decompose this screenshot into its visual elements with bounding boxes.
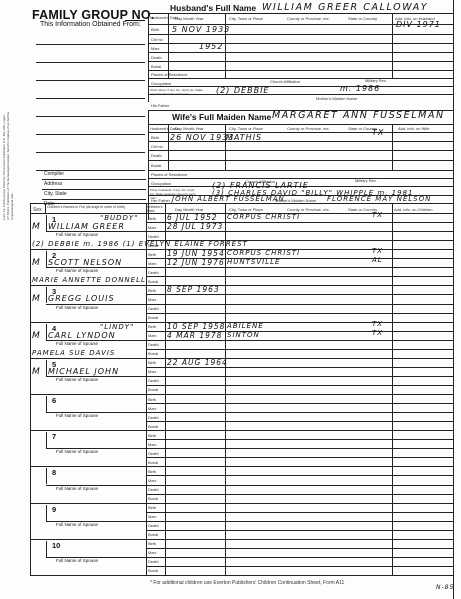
event-label-chrnd: Chr'nd — [151, 37, 163, 42]
child-marr-city[interactable]: HUNTSVILLE — [227, 258, 280, 266]
row-line — [146, 457, 453, 458]
child-birth-state[interactable]: TX — [372, 211, 383, 219]
row-line — [148, 78, 453, 79]
child-number: 8 — [52, 468, 56, 477]
row-line — [148, 178, 453, 179]
child-name[interactable]: WILLIAM GREER — [48, 222, 125, 231]
row-line — [148, 61, 453, 62]
event-label-birth: Birth — [148, 252, 156, 257]
child-birth-date[interactable]: 10 SEP 1958 — [167, 322, 225, 331]
event-label-marr: Marr. — [148, 261, 157, 266]
spouse-label: Full Name of Spouse — [56, 413, 98, 418]
row-line — [146, 475, 453, 476]
child-nickname[interactable]: "BUDDY" — [100, 214, 138, 222]
grid-line — [225, 13, 226, 78]
city-state-label: City, State — [44, 191, 67, 197]
row-line — [148, 34, 453, 35]
husband-other-wives-marr[interactable]: m. 1986 — [340, 84, 380, 93]
child-sex[interactable]: M — [32, 294, 41, 304]
publisher-note: Form A1, Family Group Sheet by The Evert… — [2, 110, 32, 220]
child-row-divider — [30, 466, 453, 467]
row-line — [146, 566, 453, 567]
event-label-death: Death — [148, 378, 159, 383]
spouse-label: Full Name of Spouse — [56, 232, 98, 237]
row-line — [146, 448, 453, 449]
event-label-birth: Birth — [151, 135, 159, 140]
column-city: City, Town or Place — [229, 126, 263, 131]
child-birth-city[interactable]: CORPUS CHRISTI — [227, 249, 300, 257]
spouse-label: Full Name of Spouse — [56, 377, 98, 382]
child-spouse[interactable]: (2) DEBBIE m. 1986 (1) EVELYN ELAINE FOR… — [32, 240, 248, 248]
event-label-burial: Burial — [148, 460, 158, 465]
child-sex[interactable]: M — [32, 367, 41, 377]
row-line — [148, 52, 453, 53]
event-label-birth: Birth — [148, 505, 156, 510]
children-code-header: Children's Data — [147, 205, 167, 213]
child-row-divider — [30, 539, 453, 540]
row-line — [146, 294, 453, 295]
name-box-side — [46, 287, 47, 303]
event-label-burial: Burial — [148, 496, 158, 501]
row-line — [146, 421, 453, 422]
child-sex[interactable]: M — [32, 258, 41, 268]
spouse-label: Full Name of Spouse — [56, 305, 98, 310]
name-box-side — [46, 396, 47, 412]
child-nickname[interactable]: "LINDY" — [100, 323, 134, 331]
grid-line — [168, 13, 169, 78]
event-label-burial: Burial — [148, 351, 158, 356]
page-reference: N-85 — [436, 584, 454, 591]
child-marr-city[interactable]: SINTON — [227, 331, 260, 339]
row-line — [148, 124, 453, 125]
child-marr-state[interactable]: AL — [372, 256, 383, 264]
name-box-side — [46, 541, 47, 557]
column-date: Day Month Year — [175, 126, 203, 131]
row-line — [146, 376, 453, 377]
row-line — [146, 313, 453, 314]
column-county: County or Province, etc. — [287, 126, 330, 131]
child-name[interactable]: GREGG LOUIS — [48, 294, 115, 303]
column-date: Day Month Year — [175, 16, 203, 21]
child-birth-city[interactable]: ABILENE — [227, 322, 264, 330]
event-label-marr: Marr. — [148, 550, 157, 555]
child-number: 10 — [52, 541, 60, 550]
grid-line — [45, 203, 46, 213]
event-label-birth: Birth — [148, 541, 156, 546]
event-label-birth: Birth — [148, 288, 156, 293]
husband-name-label: Husband's Full Name — [170, 3, 256, 13]
name-box-side — [46, 251, 47, 267]
source-line[interactable] — [36, 152, 145, 153]
child-marr-date[interactable]: 4 MAR 1978 — [167, 331, 222, 340]
name-box-side — [46, 505, 47, 521]
event-label-burial: Burial — [151, 64, 161, 69]
event-label-death: Death — [151, 55, 162, 60]
event-label-burial: Burial — [148, 279, 158, 284]
name-box-side — [46, 432, 47, 448]
child-birth-date[interactable]: 19 JUN 1954 — [167, 249, 225, 258]
row-line — [146, 512, 453, 513]
footnote: * For additional children use Everton Pu… — [150, 580, 344, 586]
row-line — [148, 94, 453, 95]
name-box-side — [46, 215, 47, 231]
husband-add-info[interactable]: DIV 1971 — [396, 20, 441, 29]
source-line[interactable] — [36, 80, 145, 81]
row-line — [146, 521, 453, 522]
child-marr-state[interactable]: TX — [372, 329, 383, 337]
name-box-side — [46, 360, 47, 376]
event-label-marr: Marr. — [148, 406, 157, 411]
child-number: 7 — [52, 432, 56, 441]
city-state-line[interactable] — [42, 199, 146, 200]
source-line[interactable] — [36, 116, 145, 117]
grid-line — [392, 124, 393, 170]
child-number: 9 — [52, 505, 56, 514]
column-add-children: Add. info. on Children — [394, 207, 432, 212]
event-label-burial: Burial — [148, 532, 158, 537]
source-line[interactable] — [36, 98, 145, 99]
compiler-line[interactable] — [42, 179, 146, 180]
event-label-burial: Burial — [148, 387, 158, 392]
row-line — [146, 267, 453, 268]
event-label-burial: Burial — [148, 315, 158, 320]
row-line — [146, 439, 453, 440]
event-label-death: Death — [148, 342, 159, 347]
event-label-birth: Birth — [148, 360, 156, 365]
event-label-birth: Birth — [151, 27, 159, 32]
child-name[interactable]: SCOTT NELSON — [48, 258, 122, 267]
row-line — [146, 485, 453, 486]
row-line — [30, 203, 453, 204]
event-label-birth: Birth — [148, 324, 156, 329]
husband-residence-label: Places of Residence — [151, 72, 187, 77]
event-label-marr: Marr. — [148, 514, 157, 519]
row-line — [146, 494, 453, 495]
event-label-burial: Burial — [148, 568, 158, 573]
husband-church-label: Church Affiliation — [270, 79, 300, 84]
event-label-death: Death — [148, 451, 159, 456]
spouse-label: Full Name of Spouse — [56, 522, 98, 527]
husband-mother-label: Mother's Maiden Name — [316, 96, 357, 101]
spouse-label: Full Name of Spouse — [56, 486, 98, 491]
address-label: Address — [44, 181, 62, 187]
event-label-marr: Marr. — [148, 442, 157, 447]
event-label-marr: Marr. — [148, 478, 157, 483]
child-name[interactable]: MICHAEL JOHN — [48, 367, 119, 376]
wife-mother[interactable]: FLORENCE MAY NELSON — [327, 195, 431, 203]
husband-name[interactable]: WILLIAM GREER CALLOWAY — [262, 2, 428, 13]
page-edge — [453, 0, 454, 599]
spouse-label: Full Name of Spouse — [56, 449, 98, 454]
child-row-divider — [30, 575, 453, 576]
row-line — [146, 557, 453, 558]
row-line — [146, 304, 453, 305]
row-line — [146, 231, 453, 232]
column-city: City, Town or Place — [229, 16, 263, 21]
wife-residence-label: Places of Residence — [151, 172, 187, 177]
child-sex[interactable]: M — [32, 222, 41, 232]
column-date: Day Month Year — [175, 207, 203, 212]
child-marr-date[interactable]: 12 JUN 1976 — [167, 258, 225, 267]
event-label-death: Death — [148, 523, 159, 528]
row-line — [146, 340, 453, 341]
husband-military-label: Military Rec. — [365, 78, 387, 83]
wife-name[interactable]: MARGARET ANN FUSSELMAN — [272, 110, 445, 121]
event-label-death: Death — [148, 234, 159, 239]
row-line — [148, 141, 453, 142]
wife-military-label: Military Rec. — [355, 178, 377, 183]
grid-line — [30, 203, 31, 575]
child-number: 6 — [52, 396, 56, 405]
name-box-side — [46, 468, 47, 484]
child-row-divider — [30, 358, 453, 359]
husband-father-label: His Father — [151, 103, 169, 108]
source-line[interactable] — [36, 134, 145, 135]
event-label-birth: Birth — [148, 433, 156, 438]
grid-line — [225, 124, 226, 170]
grid-line — [392, 13, 393, 78]
spouse-label: Full Name of Spouse — [56, 268, 98, 273]
row-line — [146, 385, 453, 386]
wife-name-label: Wife's Full Maiden Name — [172, 112, 271, 122]
row-line — [148, 170, 453, 171]
child-birth-state[interactable]: TX — [372, 320, 383, 328]
husband-marr-date[interactable]: 1952 — [199, 42, 223, 51]
wife-father[interactable]: JOHN ALBERT FUSSELMAN — [172, 195, 285, 203]
divider — [148, 13, 453, 14]
source-line[interactable] — [36, 62, 145, 63]
event-label-marr: Marr. — [151, 46, 160, 51]
row-line — [148, 86, 453, 87]
child-spouse[interactable]: PAMELA SUE DAVIS — [32, 349, 115, 357]
child-marr-date[interactable]: 28 JUL 1973 — [167, 222, 223, 231]
row-line — [146, 412, 453, 413]
grid-line — [168, 124, 169, 170]
event-label-death: Death — [148, 415, 159, 420]
event-label-marr: Marr. — [148, 333, 157, 338]
grid-line — [148, 13, 149, 102]
event-label-birth: Birth — [148, 216, 156, 221]
row-line — [146, 367, 453, 368]
event-label-burial: Burial — [148, 424, 158, 429]
child-row-divider — [30, 394, 453, 395]
children-names-header: Children's Names in Full (Arrange in ord… — [47, 205, 147, 209]
child-birth-date[interactable]: 6 JUL 1952 — [167, 213, 218, 222]
row-line — [148, 70, 453, 71]
column-county: County or Province, etc. — [287, 207, 330, 212]
row-line — [146, 349, 453, 350]
event-label-marr: Marr. — [148, 369, 157, 374]
child-sex[interactable]: M — [32, 331, 41, 341]
wife-birth-state[interactable]: TX — [372, 128, 384, 137]
row-line — [146, 403, 453, 404]
spouse-label: Full Name of Spouse — [56, 558, 98, 563]
event-label-death: Death — [151, 153, 162, 158]
name-box-side — [46, 324, 47, 340]
child-row-divider — [30, 285, 453, 286]
column-state: State or Country — [348, 16, 377, 21]
event-label-marr: Marr. — [148, 225, 157, 230]
column-county: County or Province, etc. — [287, 16, 330, 21]
child-birth-state[interactable]: TX — [372, 247, 383, 255]
row-line — [148, 150, 453, 151]
event-label-birth: Birth — [148, 397, 156, 402]
compiler-label: Compiler — [44, 171, 64, 177]
source-label: This Information Obtained From: — [40, 21, 141, 28]
event-label-marr: Marr. — [148, 297, 157, 302]
column-city: City, Town or Place — [229, 207, 263, 212]
child-spouse[interactable]: MARIE ANNETTE DONNELL — [32, 276, 146, 284]
row-line — [146, 530, 453, 531]
event-label-death: Death — [148, 487, 159, 492]
row-line — [148, 160, 453, 161]
spouse-label: Full Name of Spouse — [56, 341, 98, 346]
child-birth-city[interactable]: CORPUS CHRISTI — [227, 213, 300, 221]
event-label-death: Death — [148, 270, 159, 275]
husband-birth-date[interactable]: 5 NOV 1933 — [172, 25, 230, 34]
child-birth-date[interactable]: 8 SEP 1963 — [167, 285, 220, 294]
event-label-burial: Burial — [151, 163, 161, 168]
event-label-death: Death — [148, 306, 159, 311]
event-label-birth: Birth — [148, 469, 156, 474]
source-line[interactable] — [36, 44, 145, 45]
row-line — [148, 43, 453, 44]
child-name[interactable]: CARL LYNDON — [48, 331, 116, 340]
column-add-wife: Add. info. on Wife — [398, 126, 430, 131]
child-row-divider — [30, 430, 453, 431]
child-row-divider — [30, 503, 453, 504]
event-label-death: Death — [148, 559, 159, 564]
address-line[interactable] — [42, 189, 146, 190]
child-birth-date[interactable]: 22 AUG 1964 — [167, 358, 228, 367]
row-line — [146, 548, 453, 549]
row-line — [146, 276, 453, 277]
event-label-chrnd: Chr'nd — [151, 144, 163, 149]
